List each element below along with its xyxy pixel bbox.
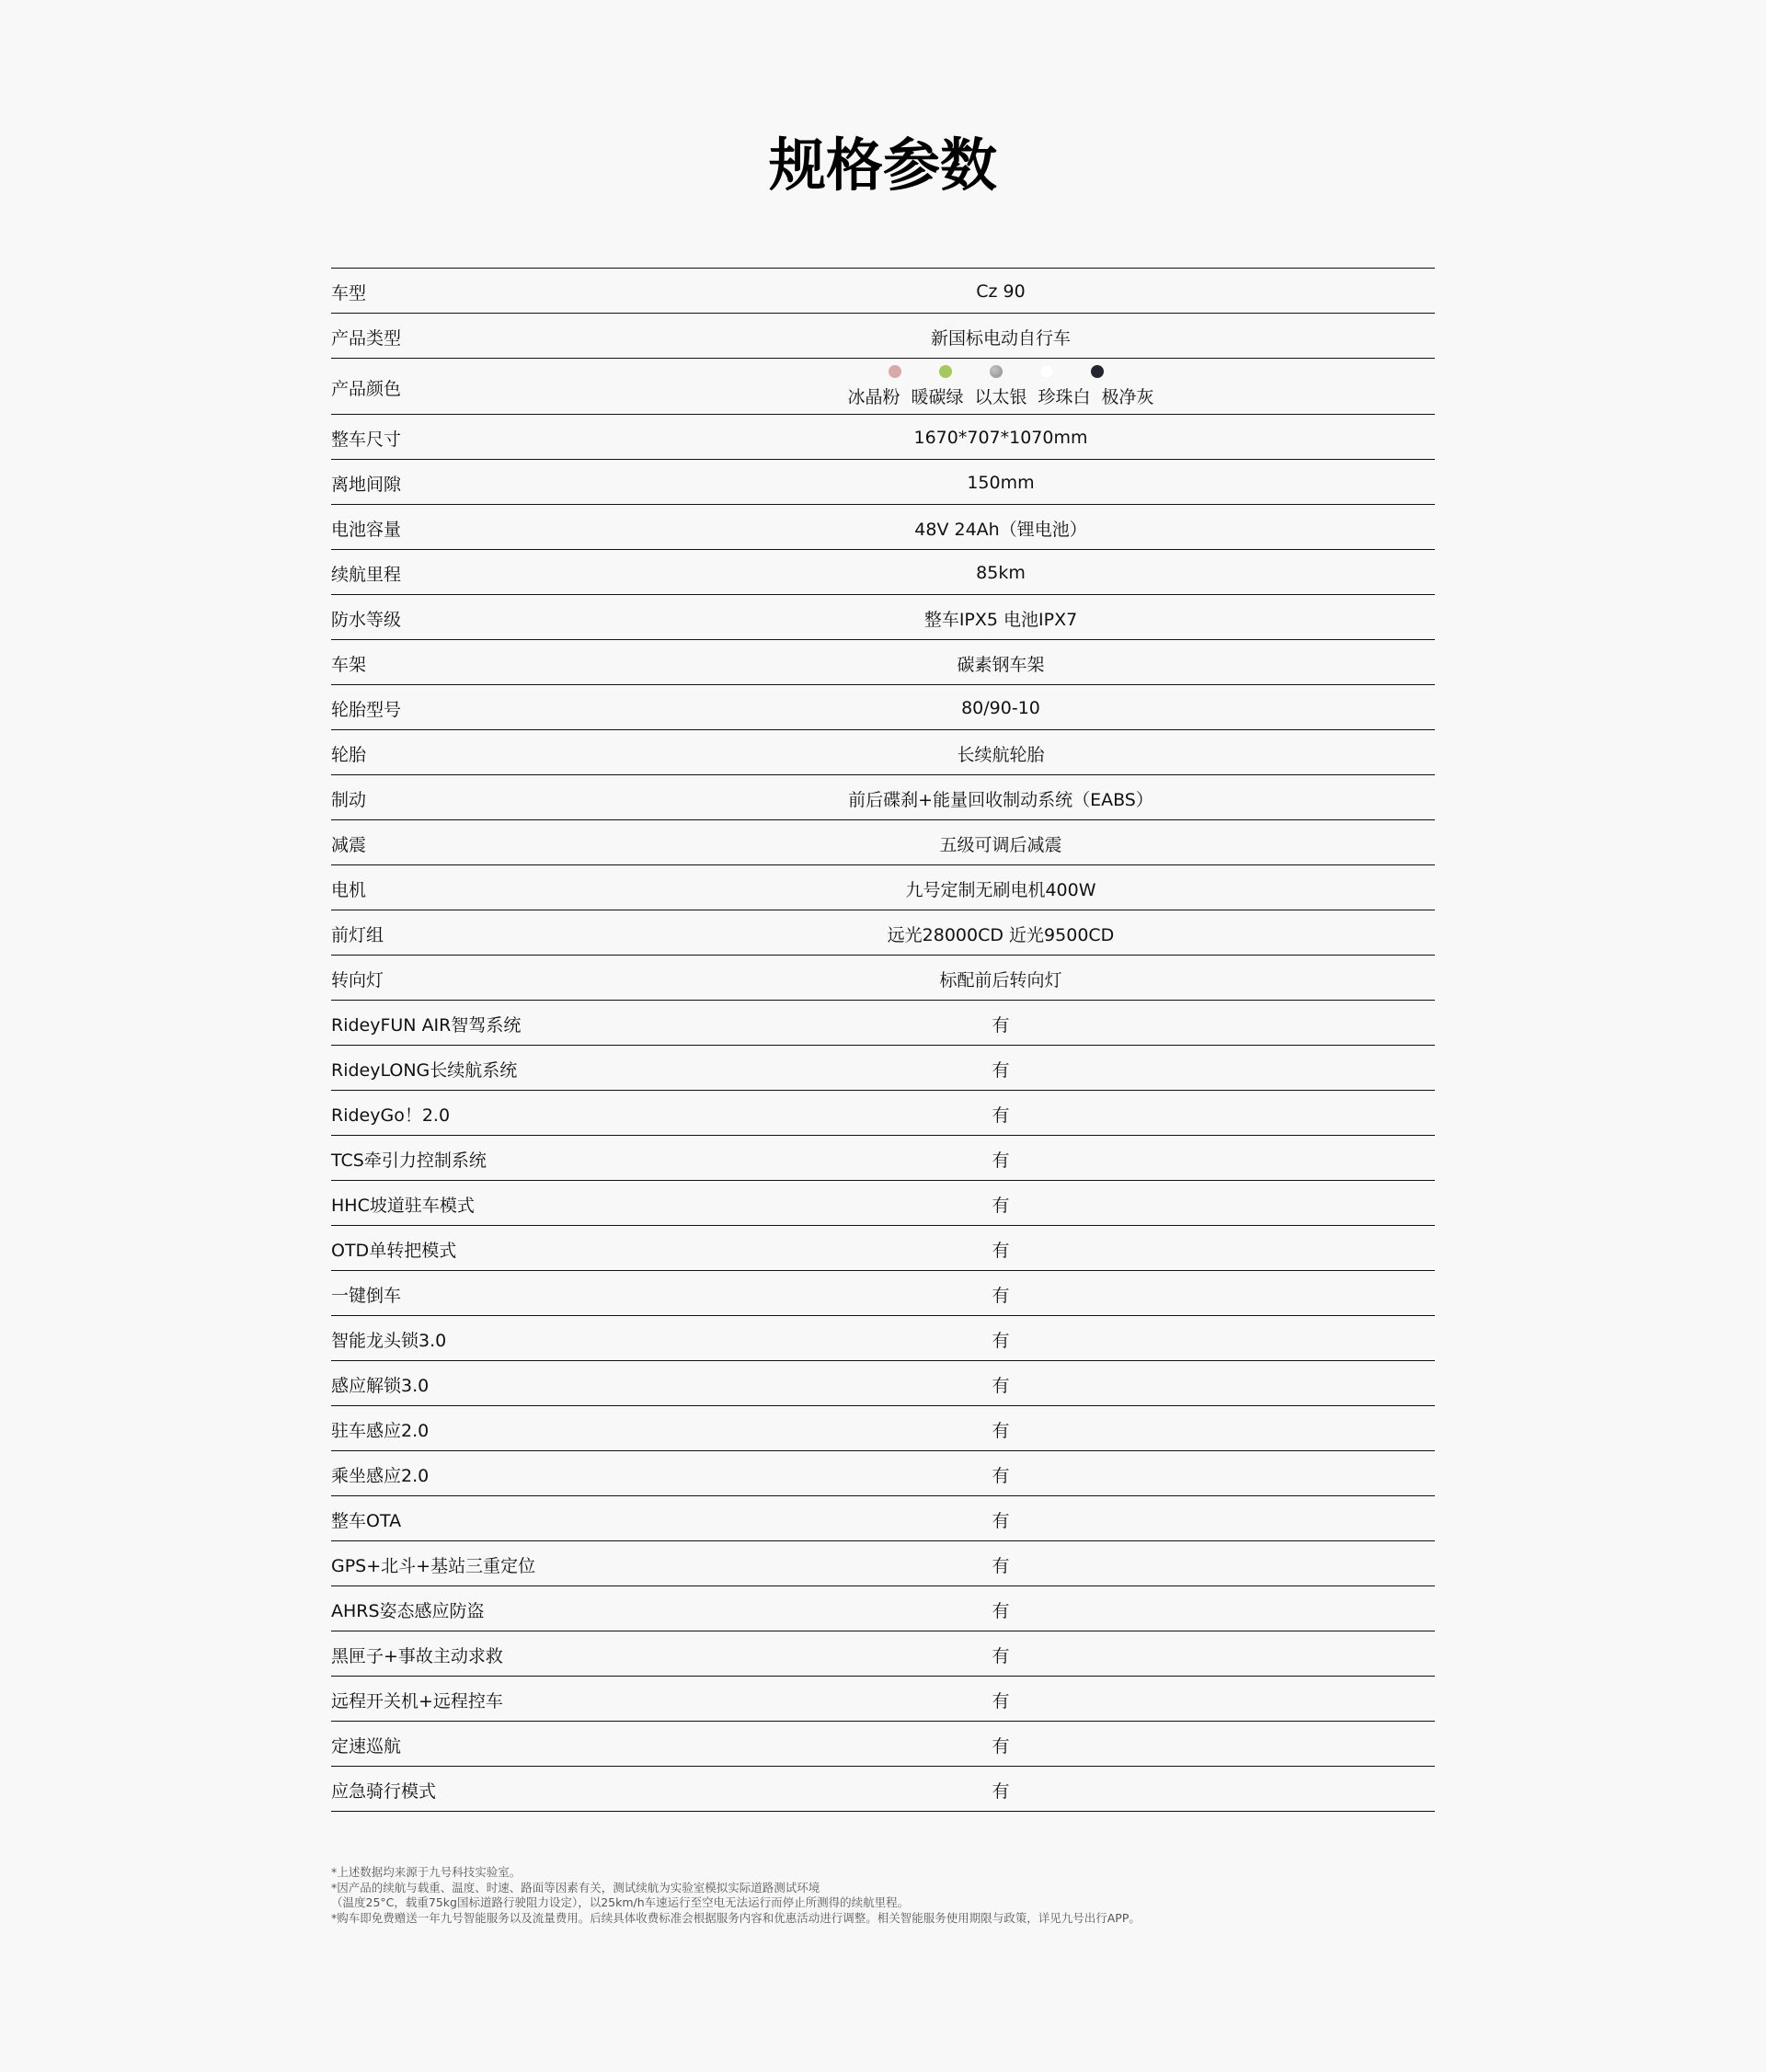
spec-value: 150mm <box>567 471 1435 493</box>
spec-row: 续航里程85km <box>331 550 1435 595</box>
spec-label: 离地间隙 <box>331 469 567 496</box>
spec-label: TCS牵引力控制系统 <box>331 1145 567 1172</box>
spec-label: 远程开关机+远程控车 <box>331 1686 567 1712</box>
spec-value: 有 <box>567 1055 1435 1082</box>
color-swatch-icon <box>990 365 1003 378</box>
spec-value: 碳素钢车架 <box>567 649 1435 676</box>
spec-value: 远光28000CD 近光9500CD <box>567 920 1435 946</box>
spec-label: 续航里程 <box>331 559 567 586</box>
spec-row: HHC坡道驻车模式有 <box>331 1181 1435 1226</box>
color-names: 冰晶粉 暖碳绿 以太银 珍珠白 极净灰 <box>847 383 1153 408</box>
color-name: 暖碳绿 <box>911 383 963 408</box>
spec-row: RideyFUN AIR智驾系统有 <box>331 1001 1435 1046</box>
spec-label: 转向灯 <box>331 965 567 991</box>
spec-table: 车型 Cz 90 产品类型 新国标电动自行车 产品颜色 冰晶粉 暖碳绿 以太银 … <box>331 268 1435 1812</box>
spec-value: 85km <box>567 561 1435 583</box>
spec-label: 产品颜色 <box>331 373 567 400</box>
spec-row: 整车OTA有 <box>331 1496 1435 1541</box>
spec-label: AHRS姿态感应防盗 <box>331 1596 567 1622</box>
color-name: 以太银 <box>974 383 1026 408</box>
spec-row: 前灯组远光28000CD 近光9500CD <box>331 910 1435 956</box>
spec-label: 电机 <box>331 875 567 901</box>
spec-row: 减震五级可调后减震 <box>331 820 1435 865</box>
spec-row: RideyLONG长续航系统有 <box>331 1046 1435 1091</box>
spec-row: 车架碳素钢车架 <box>331 640 1435 685</box>
spec-label: 前灯组 <box>331 920 567 946</box>
spec-row: 制动前后碟刹+能量回收制动系统（EABS） <box>331 775 1435 820</box>
spec-row: 黑匣子+事故主动求救有 <box>331 1631 1435 1677</box>
spec-value: 有 <box>567 1415 1435 1442</box>
spec-value: 有 <box>567 1641 1435 1667</box>
spec-value: 80/90-10 <box>567 696 1435 718</box>
spec-value: 有 <box>567 1460 1435 1487</box>
spec-label: 智能龙头锁3.0 <box>331 1325 567 1352</box>
spec-row-type: 产品类型 新国标电动自行车 <box>331 314 1435 359</box>
spec-value: 整车IPX5 电池IPX7 <box>567 604 1435 631</box>
spec-value: 有 <box>567 1596 1435 1622</box>
spec-row: 电池容量48V 24Ah（锂电池） <box>331 505 1435 550</box>
footnote: *上述数据均来源于九号科技实验室。 <box>331 1865 1435 1881</box>
spec-value: 有 <box>567 1686 1435 1712</box>
spec-label: 感应解锁3.0 <box>331 1370 567 1397</box>
spec-value: 有 <box>567 1010 1435 1036</box>
spec-value: 九号定制无刷电机400W <box>567 875 1435 901</box>
spec-row: 轮胎长续航轮胎 <box>331 730 1435 775</box>
spec-value: 有 <box>567 1145 1435 1172</box>
color-swatch-icon <box>939 365 952 378</box>
color-options: 冰晶粉 暖碳绿 以太银 珍珠白 极净灰 <box>567 365 1435 408</box>
spec-row: AHRS姿态感应防盗有 <box>331 1586 1435 1631</box>
spec-value: Cz 90 <box>567 280 1435 302</box>
spec-value: 有 <box>567 1235 1435 1262</box>
spec-row-colors: 产品颜色 冰晶粉 暖碳绿 以太银 珍珠白 极净灰 <box>331 359 1435 415</box>
footnote: （温度25°C，载重75kg国标道路行驶阻力设定），以25km/h车速运行至空电… <box>331 1895 1435 1911</box>
spec-label: 减震 <box>331 830 567 856</box>
spec-value: 有 <box>567 1325 1435 1352</box>
spec-row: 驻车感应2.0有 <box>331 1406 1435 1451</box>
spec-label: GPS+北斗+基站三重定位 <box>331 1551 567 1577</box>
spec-row: GPS+北斗+基站三重定位有 <box>331 1541 1435 1586</box>
spec-label: 整车尺寸 <box>331 424 567 451</box>
color-swatches <box>889 365 1104 378</box>
color-swatch-icon <box>889 365 901 378</box>
spec-value: 有 <box>567 1551 1435 1577</box>
spec-row: 智能龙头锁3.0有 <box>331 1316 1435 1361</box>
spec-value: 有 <box>567 1190 1435 1217</box>
spec-row: 电机九号定制无刷电机400W <box>331 865 1435 910</box>
spec-row: 定速巡航有 <box>331 1722 1435 1767</box>
spec-label: RideyGo！2.0 <box>331 1100 567 1127</box>
color-swatch-icon <box>1040 365 1053 378</box>
spec-label: 应急骑行模式 <box>331 1776 567 1803</box>
spec-label: 定速巡航 <box>331 1731 567 1757</box>
spec-value: 长续航轮胎 <box>567 739 1435 766</box>
spec-label: 黑匣子+事故主动求救 <box>331 1641 567 1667</box>
spec-label: 电池容量 <box>331 514 567 541</box>
color-name: 极净灰 <box>1102 383 1154 408</box>
spec-label: 一键倒车 <box>331 1280 567 1307</box>
spec-row: 转向灯标配前后转向灯 <box>331 956 1435 1001</box>
spec-label: 产品类型 <box>331 323 567 349</box>
page-title: 规格参数 <box>0 129 1766 202</box>
spec-row: 远程开关机+远程控车有 <box>331 1677 1435 1722</box>
spec-row: 应急骑行模式有 <box>331 1767 1435 1812</box>
footnotes: *上述数据均来源于九号科技实验室。 *因产品的续航与载重、温度、时速、路面等因素… <box>331 1865 1435 1926</box>
spec-value: 前后碟刹+能量回收制动系统（EABS） <box>567 784 1435 811</box>
spec-value: 48V 24Ah（锂电池） <box>567 514 1435 541</box>
spec-value: 新国标电动自行车 <box>567 323 1435 349</box>
spec-label: RideyFUN AIR智驾系统 <box>331 1010 567 1036</box>
spec-label: 驻车感应2.0 <box>331 1415 567 1442</box>
spec-value: 五级可调后减震 <box>567 830 1435 856</box>
spec-value: 有 <box>567 1280 1435 1307</box>
spec-label: 乘坐感应2.0 <box>331 1460 567 1487</box>
spec-label: HHC坡道驻车模式 <box>331 1190 567 1217</box>
spec-label: OTD单转把模式 <box>331 1235 567 1262</box>
color-name: 珍珠白 <box>1038 383 1091 408</box>
spec-value: 1670*707*1070mm <box>567 426 1435 448</box>
spec-value: 有 <box>567 1776 1435 1803</box>
spec-label: RideyLONG长续航系统 <box>331 1055 567 1082</box>
spec-value: 有 <box>567 1731 1435 1757</box>
spec-value: 有 <box>567 1100 1435 1127</box>
spec-label: 整车OTA <box>331 1505 567 1532</box>
footnote: *因产品的续航与载重、温度、时速、路面等因素有关，测试续航为实验室模拟实际道路测… <box>331 1881 1435 1896</box>
spec-row: 一键倒车有 <box>331 1271 1435 1316</box>
footnote: *购车即免费赠送一年九号智能服务以及流量费用。后续具体收费标准会根据服务内容和优… <box>331 1911 1435 1927</box>
spec-label: 轮胎 <box>331 739 567 766</box>
spec-value: 有 <box>567 1370 1435 1397</box>
spec-label: 轮胎型号 <box>331 694 567 721</box>
spec-row: 轮胎型号80/90-10 <box>331 685 1435 730</box>
spec-row-model: 车型 Cz 90 <box>331 269 1435 314</box>
spec-row: RideyGo！2.0有 <box>331 1091 1435 1136</box>
spec-row: OTD单转把模式有 <box>331 1226 1435 1271</box>
spec-row: 感应解锁3.0有 <box>331 1361 1435 1406</box>
spec-label: 车型 <box>331 278 567 304</box>
spec-label: 车架 <box>331 649 567 676</box>
spec-value: 标配前后转向灯 <box>567 965 1435 991</box>
spec-row: 防水等级整车IPX5 电池IPX7 <box>331 595 1435 640</box>
spec-value: 有 <box>567 1505 1435 1532</box>
spec-label: 制动 <box>331 784 567 811</box>
color-swatch-icon <box>1091 365 1104 378</box>
color-name: 冰晶粉 <box>847 383 900 408</box>
spec-row: 整车尺寸1670*707*1070mm <box>331 415 1435 460</box>
spec-label: 防水等级 <box>331 604 567 631</box>
spec-row: TCS牵引力控制系统有 <box>331 1136 1435 1181</box>
spec-row: 乘坐感应2.0有 <box>331 1451 1435 1496</box>
spec-row: 离地间隙150mm <box>331 460 1435 505</box>
